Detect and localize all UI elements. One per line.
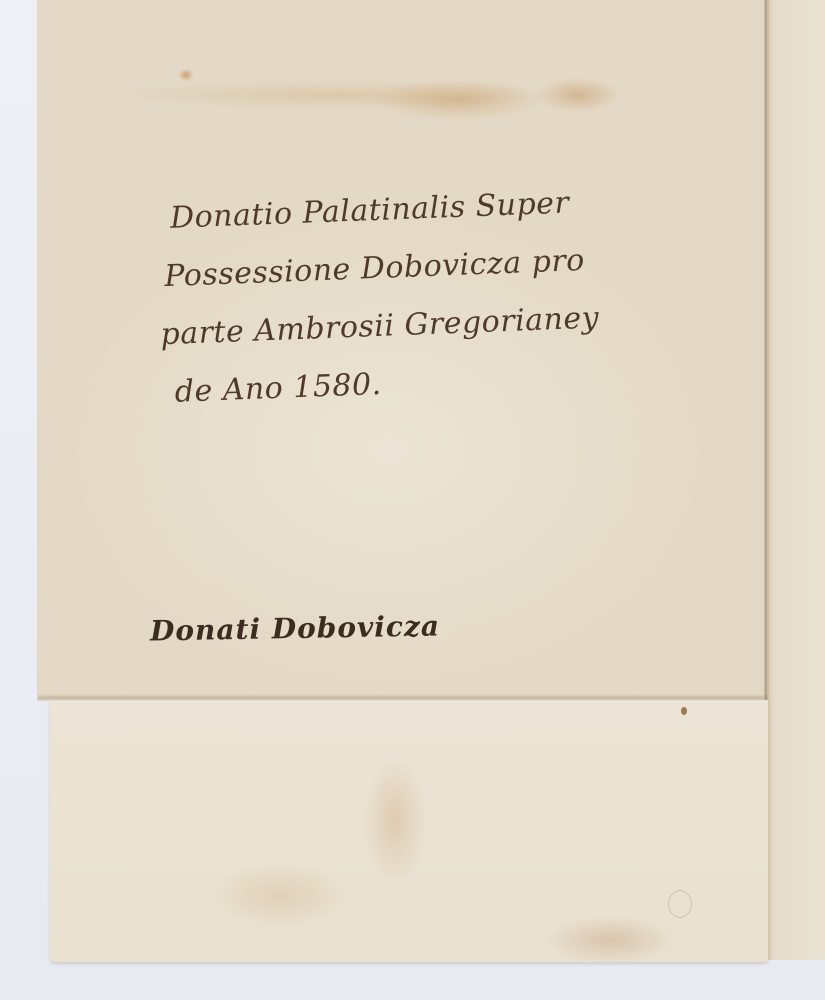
paper-right-panel — [768, 0, 825, 960]
manuscript-inscription: Donatio Palatinalis Super Possessione Do… — [165, 169, 733, 422]
archival-note: Donati Dobovicza — [150, 609, 441, 647]
horizontal-fold-crease — [38, 694, 768, 702]
paper-lower-panel — [50, 700, 768, 962]
ink-speck — [681, 707, 687, 715]
faint-pencil-mark — [668, 890, 692, 918]
